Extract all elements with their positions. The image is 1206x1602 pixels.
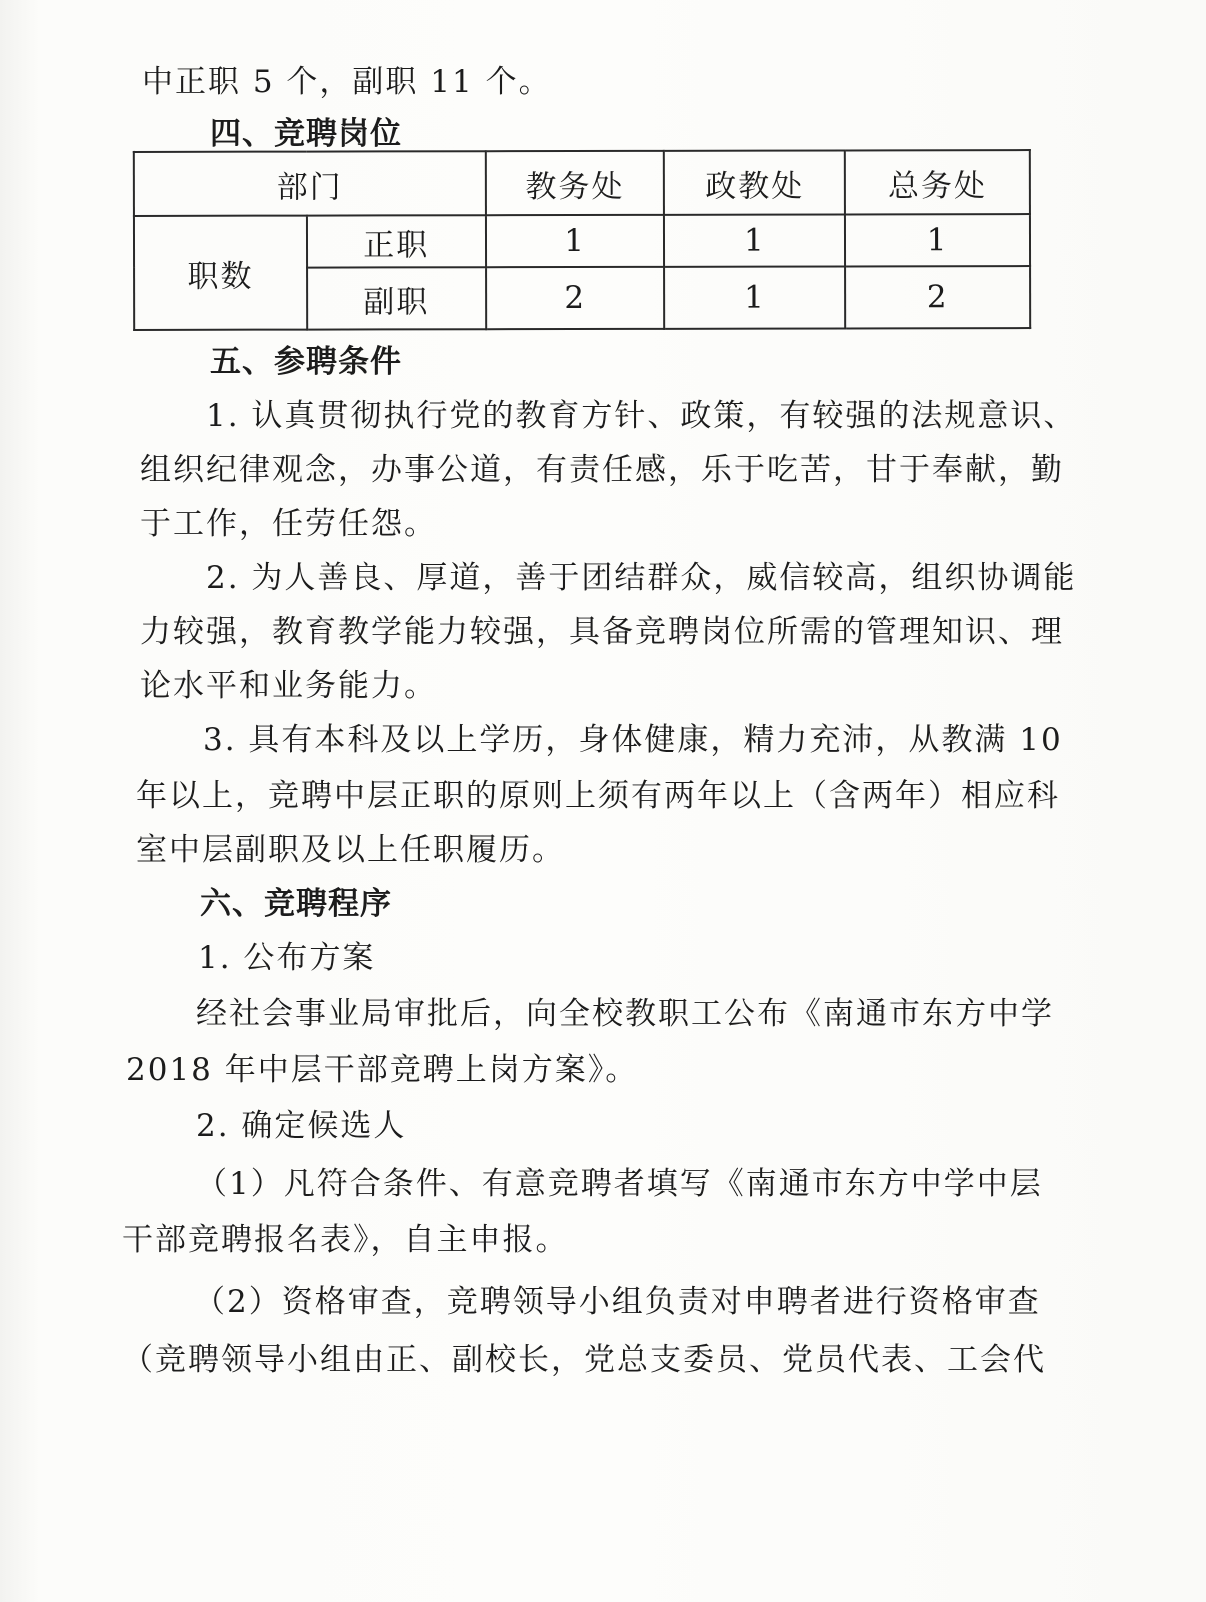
paragraph-line: （1）凡符合条件、有意竞聘者填写《南通市东方中学中层 — [196, 1164, 1043, 1204]
paragraph-line: 1. 公布方案 — [198, 938, 375, 978]
paragraph-line: 年以上，竞聘中层正职的原则上须有两年以上（含两年）相应科 — [136, 776, 1060, 816]
header-column-cell: 教务处 — [485, 151, 664, 215]
paragraph-line: （竞聘领导小组由正、副校长，党总支委员、党员代表、工会代 — [122, 1340, 1046, 1380]
table-row: 职数 正职 1 1 1 — [134, 214, 1030, 268]
paragraph-line: 2. 为人善良、厚道，善于团结群众，威信较高，组织协调能 — [206, 558, 1076, 598]
intro-tail-text: 中正职 5 个，副职 11 个。 — [142, 62, 552, 102]
paragraph-line: 1. 认真贯彻执行党的教育方针、政策，有较强的法规意识、 — [206, 396, 1076, 436]
document-page: 中正职 5 个，副职 11 个。 四、竞聘岗位 部门 教务处 政教处 总务处 职… — [0, 0, 1206, 1602]
paragraph-line: （2）资格审查，竞聘领导小组负责对申聘者进行资格审查 — [194, 1282, 1041, 1322]
section-5-heading: 五、参聘条件 — [210, 342, 402, 382]
row-group-label-cell: 职数 — [134, 216, 307, 330]
paragraph-line: 3. 具有本科及以上学历，身体健康，精力充沛，从教满 10 — [203, 720, 1063, 760]
paragraph-line: 力较强，教育教学能力较强，具备竞聘岗位所需的管理知识、理 — [140, 612, 1064, 652]
table-header-row: 部门 教务处 政教处 总务处 — [134, 150, 1030, 216]
paragraph-line: 室中层副职及以上任职履历。 — [136, 830, 565, 870]
row-label-cell: 正职 — [307, 215, 486, 267]
section-6-heading: 六、竞聘程序 — [200, 884, 392, 924]
positions-table: 部门 教务处 政教处 总务处 职数 正职 1 1 1 副职 2 1 2 — [133, 149, 1031, 331]
paragraph-line: 于工作，任劳任怨。 — [140, 504, 437, 544]
header-column-cell: 总务处 — [845, 150, 1030, 214]
header-department-cell: 部门 — [134, 151, 486, 216]
paragraph-line: 经社会事业局审批后，向全校教职工公布《南通市东方中学 — [196, 994, 1054, 1034]
table-cell: 1 — [664, 266, 845, 328]
table-cell: 2 — [486, 267, 665, 329]
table-cell: 2 — [845, 266, 1030, 328]
row-label-cell: 副职 — [307, 267, 486, 329]
paragraph-line: 干部竞聘报名表》，自主申报。 — [122, 1220, 569, 1260]
paragraph-line: 2018 年中层干部竞聘上岗方案》。 — [126, 1050, 638, 1090]
section-4-heading: 四、竞聘岗位 — [210, 114, 402, 154]
paragraph-line: 2. 确定候选人 — [196, 1106, 406, 1146]
header-column-cell: 政教处 — [664, 150, 845, 214]
table-cell: 1 — [664, 214, 845, 266]
paragraph-line: 组织纪律观念，办事公道，有责任感，乐于吃苦，甘于奉献，勤 — [140, 450, 1064, 490]
paragraph-line: 论水平和业务能力。 — [140, 666, 437, 706]
table-cell: 1 — [845, 214, 1030, 266]
table-cell: 1 — [486, 215, 665, 267]
